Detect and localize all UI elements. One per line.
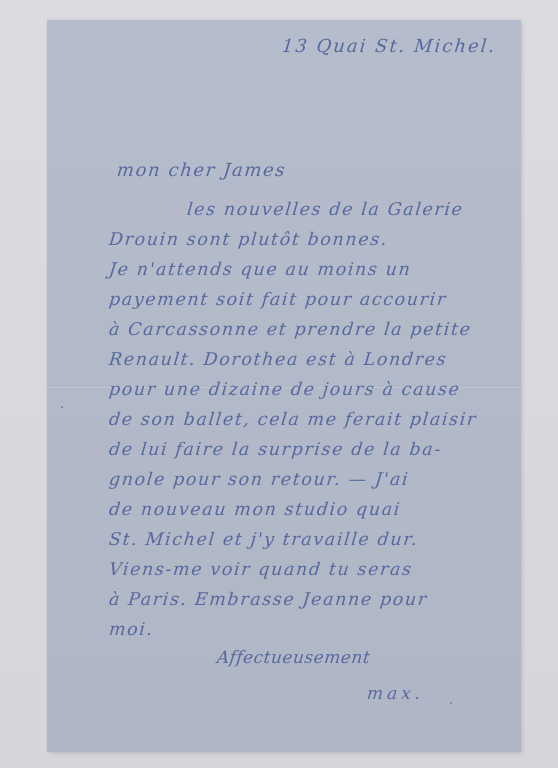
letter-tail	[47, 20, 521, 752]
